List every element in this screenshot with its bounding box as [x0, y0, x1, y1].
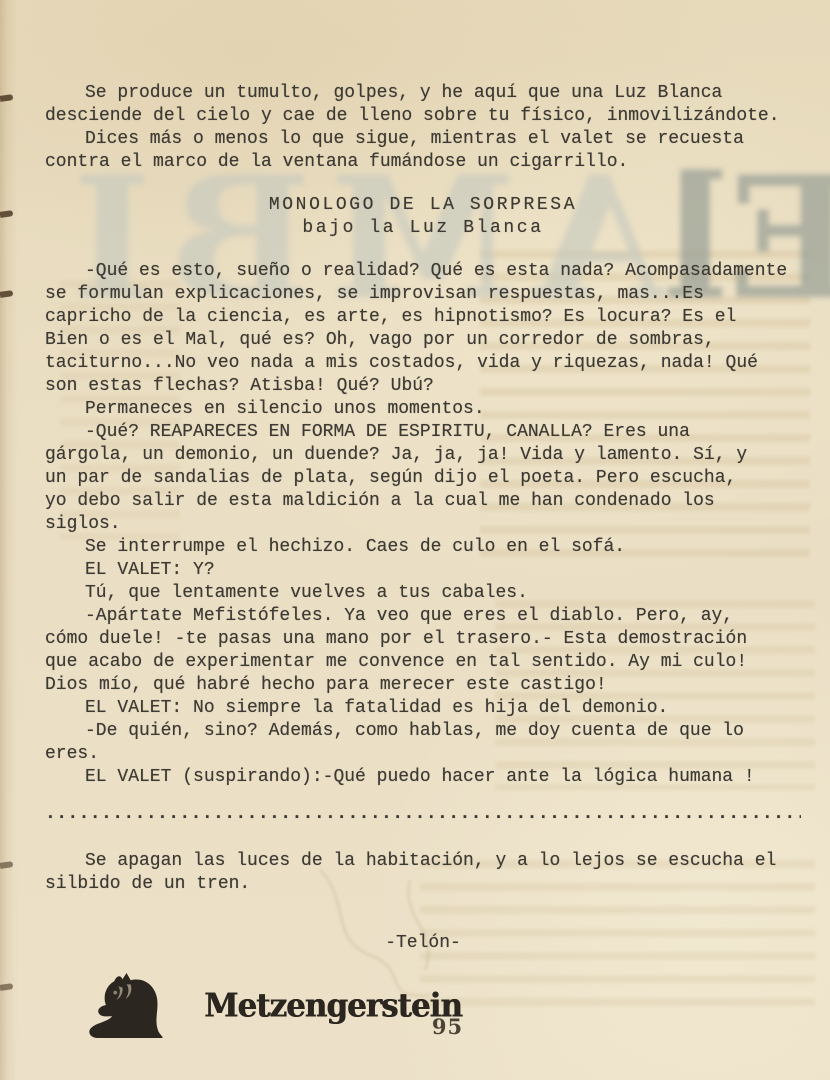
- text-line: taciturno...No veo nada a mis costados, …: [45, 352, 801, 375]
- text-line: eres.: [45, 743, 801, 766]
- text-line: cómo duele! -te pasas una mano por el tr…: [45, 628, 801, 651]
- spacer: [45, 896, 801, 932]
- text-line: desciende del cielo y cae de lleno sobre…: [45, 105, 801, 128]
- page-number: 95: [0, 1014, 830, 1039]
- text-line: Se produce un tumulto, golpes, y he aquí…: [45, 82, 801, 105]
- text-line: silbido de un tren.: [45, 873, 801, 896]
- text-line: EL VALET (suspirando):-Qué puedo hacer a…: [45, 766, 801, 789]
- text-line: que acabo de experimentar me convence en…: [45, 651, 801, 674]
- text-line: capricho de la ciencia, es arte, es hipn…: [45, 306, 801, 329]
- spacer: [45, 826, 801, 850]
- spacer: [45, 240, 801, 260]
- text-line: contra el marco de la ventana fumándose …: [45, 151, 801, 174]
- text-line: -Qué es esto, sueño o realidad? Qué es e…: [45, 260, 801, 283]
- text-line: un par de sandalias de plata, según dijo…: [45, 467, 801, 490]
- text-line: se formulan explicaciones, se improvisan…: [45, 283, 801, 306]
- text-line: yo debo salir de esta maldición a la cua…: [45, 490, 801, 513]
- scanned-page: { "document": { "lines": [ {"t": "Se pro…: [0, 0, 830, 1080]
- text-line: son estas flechas? Atisba! Qué? Ubú?: [45, 375, 801, 398]
- text-line: -De quién, sino? Además, como hablas, me…: [45, 720, 801, 743]
- section-title-line: MONOLOGO DE LA SORPRESA: [45, 194, 801, 217]
- text-line: Se interrumpe el hechizo. Caes de culo e…: [45, 536, 801, 559]
- text-line: Tú, que lentamente vuelves a tus cabales…: [45, 582, 801, 605]
- text-line: -Qué? REAPARECES EN FORMA DE ESPIRITU, C…: [45, 421, 801, 444]
- text-line: EL VALET: No siempre la fatalidad es hij…: [45, 697, 801, 720]
- text-line: EL VALET: Y?: [45, 559, 801, 582]
- text-line: Dices más o menos lo que sigue, mientras…: [45, 128, 801, 151]
- text-line: -Apártate Mefistófeles. Ya veo que eres …: [45, 605, 801, 628]
- text-line: Se apagan las luces de la habitación, y …: [45, 850, 801, 873]
- text-line: -Telón-: [45, 932, 801, 955]
- text-line: gárgola, un demonio, un duende? Ja, ja, …: [45, 444, 801, 467]
- typewritten-text-block: Se produce un tumulto, golpes, y he aquí…: [45, 82, 801, 955]
- text-line: Bien o es el Mal, qué es? Oh, vago por u…: [45, 329, 801, 352]
- dotted-separator: ........................................…: [45, 803, 801, 826]
- text-line: Permaneces en silencio unos momentos.: [45, 398, 801, 421]
- spacer: [45, 789, 801, 803]
- text-line: siglos.: [45, 513, 801, 536]
- section-title-line: bajo la Luz Blanca: [45, 217, 801, 240]
- spacer: [45, 174, 801, 194]
- text-line: Dios mío, qué habré hecho para merecer e…: [45, 674, 801, 697]
